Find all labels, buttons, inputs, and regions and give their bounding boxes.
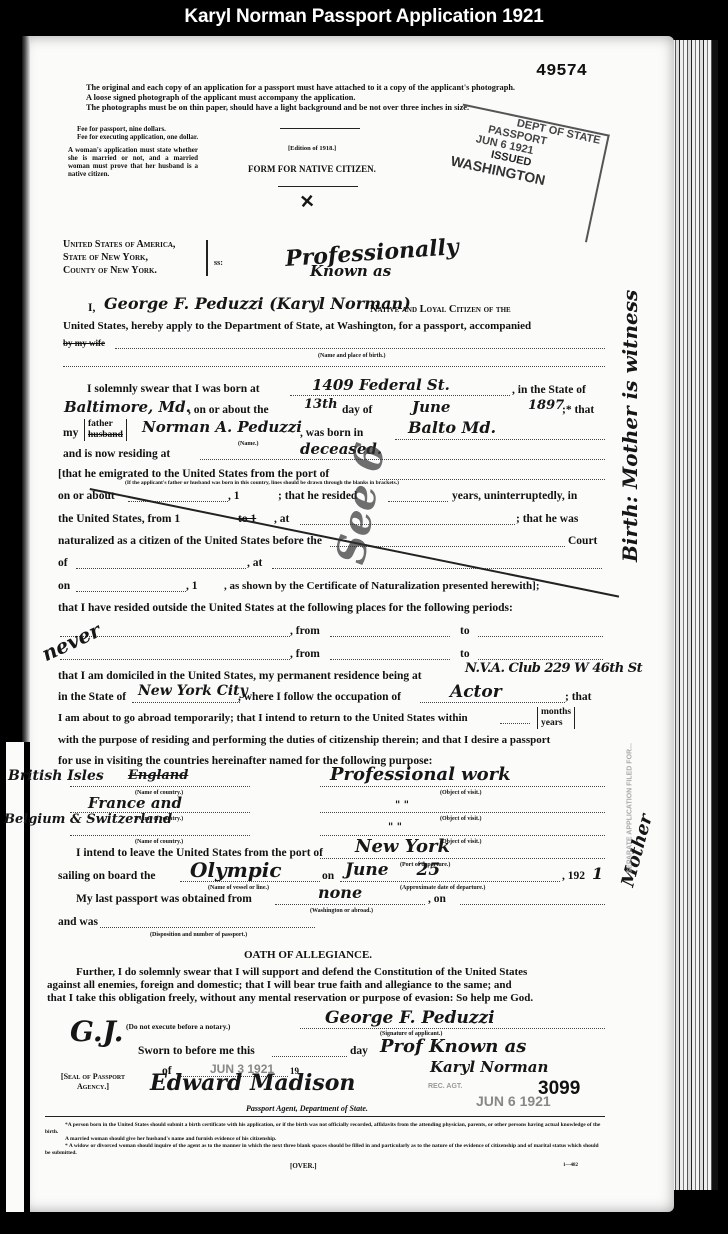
husband-option-struck: husband (88, 430, 123, 441)
title-rule (278, 186, 358, 187)
washington-caption: (Washington or abroad.) (310, 908, 373, 915)
that-label: ;* that (562, 404, 594, 417)
apply-sentence: United States, hereby apply to the Depar… (63, 320, 531, 333)
applicant-name: George F. Peduzzi (Karyl Norman) (104, 294, 411, 313)
object-line-1 (320, 786, 605, 787)
emigration-years-line (388, 501, 448, 502)
abroad-from-line-1 (330, 636, 450, 637)
photo-instruction-1: The original and each copy of an applica… (86, 83, 596, 93)
father-option: father (88, 419, 123, 430)
stage-name-signature: Karyl Norman (430, 1058, 548, 1076)
oath-title: OATH OF ALLEGIANCE. (244, 949, 372, 961)
footnote-1: *A person born in the United States shou… (45, 1122, 605, 1135)
book-gutter (672, 40, 718, 1190)
emigration-that-he-was: ; that he was (516, 513, 578, 526)
abroad-to-2: to (460, 648, 470, 661)
notary-note: (Do not execute before a notary.) (126, 1022, 230, 1031)
birth-city: Baltimore, Md. (64, 398, 191, 416)
last-passport-on-line (460, 904, 605, 905)
resided-outside-label: that I have resided outside the United S… (58, 602, 513, 615)
departure-port: New York (355, 836, 450, 857)
sailing-on-label: on (322, 870, 334, 883)
cert-date-line (76, 591, 186, 592)
country-1: British Isles (8, 768, 104, 784)
months-option: months (541, 707, 571, 718)
prof-known-as: Prof Known as (380, 1036, 526, 1057)
name-caption: (Name.) (238, 441, 259, 448)
return-within-line (500, 723, 530, 724)
residence-line (200, 459, 605, 460)
abroad-to-line-2 (478, 659, 603, 660)
form-code: 1—482 (563, 1163, 578, 1168)
disposition-caption: (Disposition and number of passport.) (150, 932, 247, 939)
agent-signature: Edward Madison (150, 1070, 355, 1096)
jurisdiction-state: State of New York, (63, 251, 175, 264)
image-title-banner: Karyl Norman Passport Application 1921 (0, 0, 728, 34)
abroad-from-1: , from (290, 625, 320, 638)
jurisdiction-country: United States of America, (63, 238, 175, 251)
birth-day: 13th (304, 397, 338, 412)
emigration-port-line (380, 479, 605, 480)
birth-year: 1897 (528, 398, 564, 413)
father-name: Norman A. Peduzzi (142, 418, 302, 436)
country-2: France and (88, 794, 182, 812)
departure-date: June 25 (345, 860, 440, 880)
last-passport-on-label: , on (428, 893, 446, 906)
last-passport-from: none (318, 883, 362, 902)
emigration-years: years, uninterruptedly, in (452, 490, 577, 503)
disposition-line (100, 927, 315, 928)
occupation-label: , where I follow the occupation of (238, 691, 401, 704)
oath-text-3: that I take this obligation freely, with… (47, 992, 533, 1005)
abroad-place-line-2 (60, 659, 290, 660)
abroad-to-1: to (460, 625, 470, 638)
oath-text-2: against all enemies, foreign and domesti… (47, 979, 512, 992)
emigration-date-line (128, 501, 228, 502)
occupation-that: ; that (565, 691, 592, 704)
emigration-year: , 1 (228, 490, 240, 503)
court-at-label: , at (247, 557, 262, 570)
jurisdiction-county: County of New York. (63, 264, 175, 277)
occupation-line (420, 702, 565, 703)
oath-text-1: Further, I do solemnly swear that I will… (76, 966, 527, 979)
naturalized-label: naturalized as a citizen of the United S… (58, 535, 322, 548)
departure-port-line (320, 858, 605, 859)
jurisdiction-ss: ss: (214, 258, 223, 267)
abroad-to-line-1 (478, 636, 603, 637)
born-at-label: I solemnly swear that I was born at (87, 383, 260, 396)
applicant-prefix: I, (88, 302, 95, 315)
court-at-line (272, 568, 602, 569)
sworn-label: Sworn to before me this (138, 1045, 255, 1058)
months-years-options: months years (537, 707, 575, 729)
footnote-2: A married woman should give her husband'… (65, 1136, 276, 1143)
applicant-signature: George F. Peduzzi (325, 1008, 495, 1028)
domiciled-label: that I am domiciled in the United States… (58, 670, 422, 683)
object-1: Professional work (330, 764, 511, 785)
birth-address-line (290, 395, 510, 396)
abroad-from-2: , from (290, 648, 320, 661)
native-citizen-label: Native and Loyal Citizen of the (370, 303, 511, 316)
vessel-name: Olympic (190, 858, 282, 882)
object-caption-1: (Object of visit.) (440, 790, 482, 797)
jurisdiction-bracket (206, 240, 208, 276)
form-number: 49574 (536, 62, 587, 81)
object-2: " " (395, 800, 409, 811)
last-passport-line (275, 904, 425, 905)
edition-label: [Edition of 1918.] (288, 145, 336, 152)
country-1-struck: England (128, 768, 188, 783)
country-caption-3: (Name of country.) (135, 839, 183, 846)
father-birthplace: Balto Md. (408, 418, 496, 437)
seal-label: [Seal of Passport Agency.] (48, 1072, 138, 1092)
signature-line (300, 1028, 605, 1029)
departure-date-line (340, 881, 560, 882)
and-was-label: and was (58, 916, 98, 929)
court-of-label: of (58, 557, 68, 570)
residence-state-line (132, 702, 240, 703)
accompanied-by: by my wife (63, 337, 105, 350)
departure-year-digit: 1 (592, 864, 603, 883)
departure-year-label: , 192 (562, 870, 585, 883)
object-line-2 (320, 812, 605, 813)
rec-stamp-date: JUN 6 1921 (476, 1093, 551, 1109)
court-label: Court (568, 535, 597, 548)
residence-state: New York City (138, 683, 248, 699)
permanent-residence: N.V.A. Club 229 W 46th St (465, 661, 642, 676)
footer-rule (45, 1116, 605, 1117)
vessel-caption: (Name of vessel or line.) (208, 885, 269, 892)
jurisdiction-block: United States of America, State of New Y… (63, 238, 175, 277)
fee-passport: Fee for passport, nine dollars. (77, 125, 166, 133)
footnote-3: * A widow or divorced woman should inqui… (45, 1143, 605, 1156)
years-option: years (541, 718, 571, 729)
citizenship-purpose-label: with the purpose of residing and perform… (58, 734, 550, 747)
header-rule (280, 128, 360, 129)
vessel-line (180, 881, 320, 882)
emigration-at: , at (274, 513, 289, 526)
birth-month: June (412, 398, 450, 416)
emigration-from: the United States, from 1 (58, 513, 180, 526)
was-born-in-label: , was born in (300, 427, 363, 440)
rec-stamp-label: REC. AGT. (428, 1083, 462, 1090)
residing-label: and is now residing at (63, 448, 170, 461)
photo-instruction-2: A loose signed photograph of the applica… (86, 93, 355, 103)
court-of-line (76, 568, 246, 569)
sworn-day-label: day (350, 1045, 368, 1058)
father-birthplace-line (395, 439, 605, 440)
margin-note-birth-witness: Birth: Mother is witness (618, 342, 642, 562)
over-label: [OVER.] (290, 1162, 317, 1170)
last-passport-label: My last passport was obtained from (76, 893, 252, 906)
woman-application-note: A woman's application must state whether… (68, 146, 198, 178)
day-of-label: day of (342, 404, 372, 417)
cert-year-label: , 1 (186, 580, 198, 593)
country-line-3 (70, 835, 250, 836)
fee-application: Fee for executing application, one dolla… (77, 133, 198, 141)
object-3: " " (388, 822, 402, 833)
father-husband-options: father husband (84, 419, 127, 441)
sworn-day-line (272, 1056, 347, 1057)
my-label: my (63, 427, 78, 440)
accompanied-line (115, 348, 605, 349)
occupation: Actor (450, 682, 502, 702)
on-or-about-label: , on or about the (188, 404, 269, 417)
agent-caption: Passport Agent, Department of State. (246, 1104, 368, 1113)
certificate-label: , as shown by the Certificate of Natural… (224, 580, 540, 593)
vertical-application-stamp: SEPARATE APPLICATION FILED FOR... (627, 694, 634, 874)
date-caption: (Approximate date of departure.) (400, 885, 485, 892)
notary-initials: G.J. (70, 1015, 123, 1048)
form-title: FORM FOR NATIVE CITIZEN. (248, 164, 376, 174)
abroad-from-line-2 (330, 659, 450, 660)
cert-on-label: on (58, 580, 70, 593)
sailing-label: sailing on board the (58, 870, 155, 883)
annotation-known-as: Known as (310, 262, 391, 280)
object-caption-2: (Object of visit.) (440, 816, 482, 823)
birth-address: 1409 Federal St. (312, 376, 450, 394)
name-birth-caption: (Name and place of birth.) (318, 353, 386, 360)
photo-instruction-3: The photographs must be on thin paper, s… (86, 103, 469, 113)
blank-line-1 (63, 366, 605, 367)
state-of-label: , in the State of (512, 384, 586, 397)
state-of-residence-label: in the State of (58, 691, 126, 704)
country-line-1 (70, 786, 250, 787)
abroad-temporarily-label: I am about to go abroad temporarily; tha… (58, 712, 468, 725)
